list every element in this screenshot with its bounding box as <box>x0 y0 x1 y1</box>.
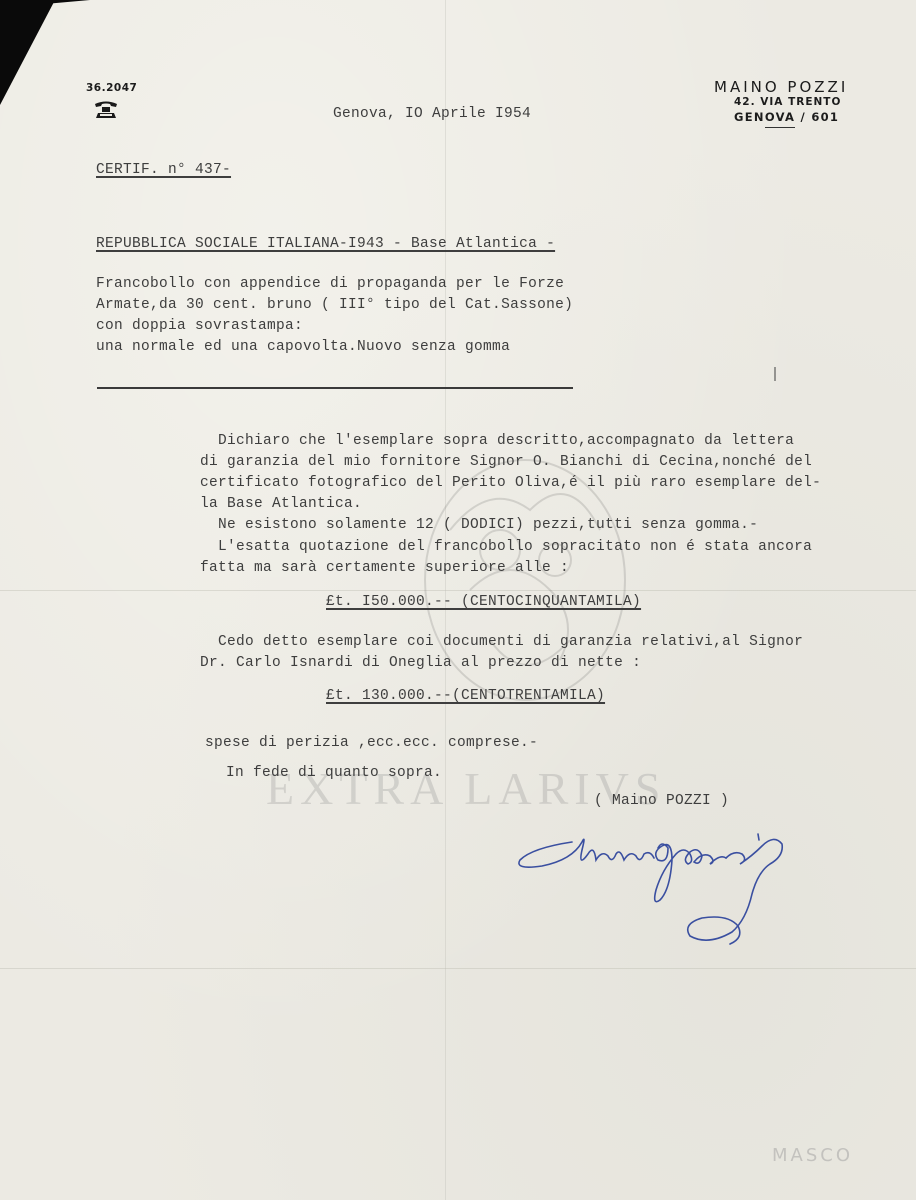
sale-line: Dr. Carlo Isnardi di Oneglia al prezzo d… <box>200 655 641 671</box>
letterhead-name: MAINO POZZI <box>714 78 848 96</box>
body-line: L'esatta quotazione del francobollo sopr… <box>200 539 812 555</box>
valuation-amount: £t. I50.000.-- (CENTOCINQUANTAMILA) <box>326 594 641 610</box>
scan-corner-shadow <box>0 0 55 105</box>
body-line: la Base Atlantica. <box>200 496 362 512</box>
body-line: Dichiaro che l'esemplare sopra descritto… <box>200 433 794 449</box>
subject-heading: REPUBBLICA SOCIALE ITALIANA-I943 - Base … <box>96 236 555 252</box>
sale-price: £t. 130.000.--(CENTOTRENTAMILA) <box>326 688 605 704</box>
description-line: con doppia sovrastampa: <box>96 318 303 334</box>
scan-corner-shadow <box>0 0 90 8</box>
telephone-icon <box>92 100 120 120</box>
description-line: Francobollo con appendice di propaganda … <box>96 276 564 292</box>
phone-number: 36.2047 <box>86 82 137 94</box>
handwritten-signature-icon <box>512 820 852 960</box>
body-line: di garanzia del mio fornitore Signor O. … <box>200 454 812 470</box>
closing-line: In fede di quanto sopra. <box>226 765 442 781</box>
letterhead-rule <box>765 127 795 128</box>
expenses-line: spese di perizia ,ecc.ecc. comprese.- <box>205 735 538 751</box>
body-line: fatta ma sarà certamente superiore alle … <box>200 560 569 576</box>
document-page: EXTRA LARIVS 36.2047 MAINO POZZI 42. VIA… <box>0 0 916 1200</box>
stray-ink-mark <box>774 367 776 381</box>
sale-line: Cedo detto esemplare coi documenti di ga… <box>200 634 803 650</box>
letterhead-city: GENOVA / 601 <box>734 110 839 124</box>
certificate-number: CERTIF. n° 437- <box>96 162 231 178</box>
paper-fold <box>0 968 916 969</box>
bottom-stamp: MASCO <box>772 1145 853 1166</box>
typed-signature: ( Maino POZZI ) <box>594 793 729 809</box>
date-line: Genova, IO Aprile I954 <box>333 106 531 122</box>
separator-rule <box>97 387 573 389</box>
body-line: certificato fotografico del Perito Oliva… <box>200 475 821 491</box>
letterhead-address: 42. VIA TRENTO <box>734 96 841 108</box>
body-line: Ne esistono solamente 12 ( DODICI) pezzi… <box>200 517 758 533</box>
description-line: una normale ed una capovolta.Nuovo senza… <box>96 339 510 355</box>
description-line: Armate,da 30 cent. bruno ( III° tipo del… <box>96 297 573 313</box>
